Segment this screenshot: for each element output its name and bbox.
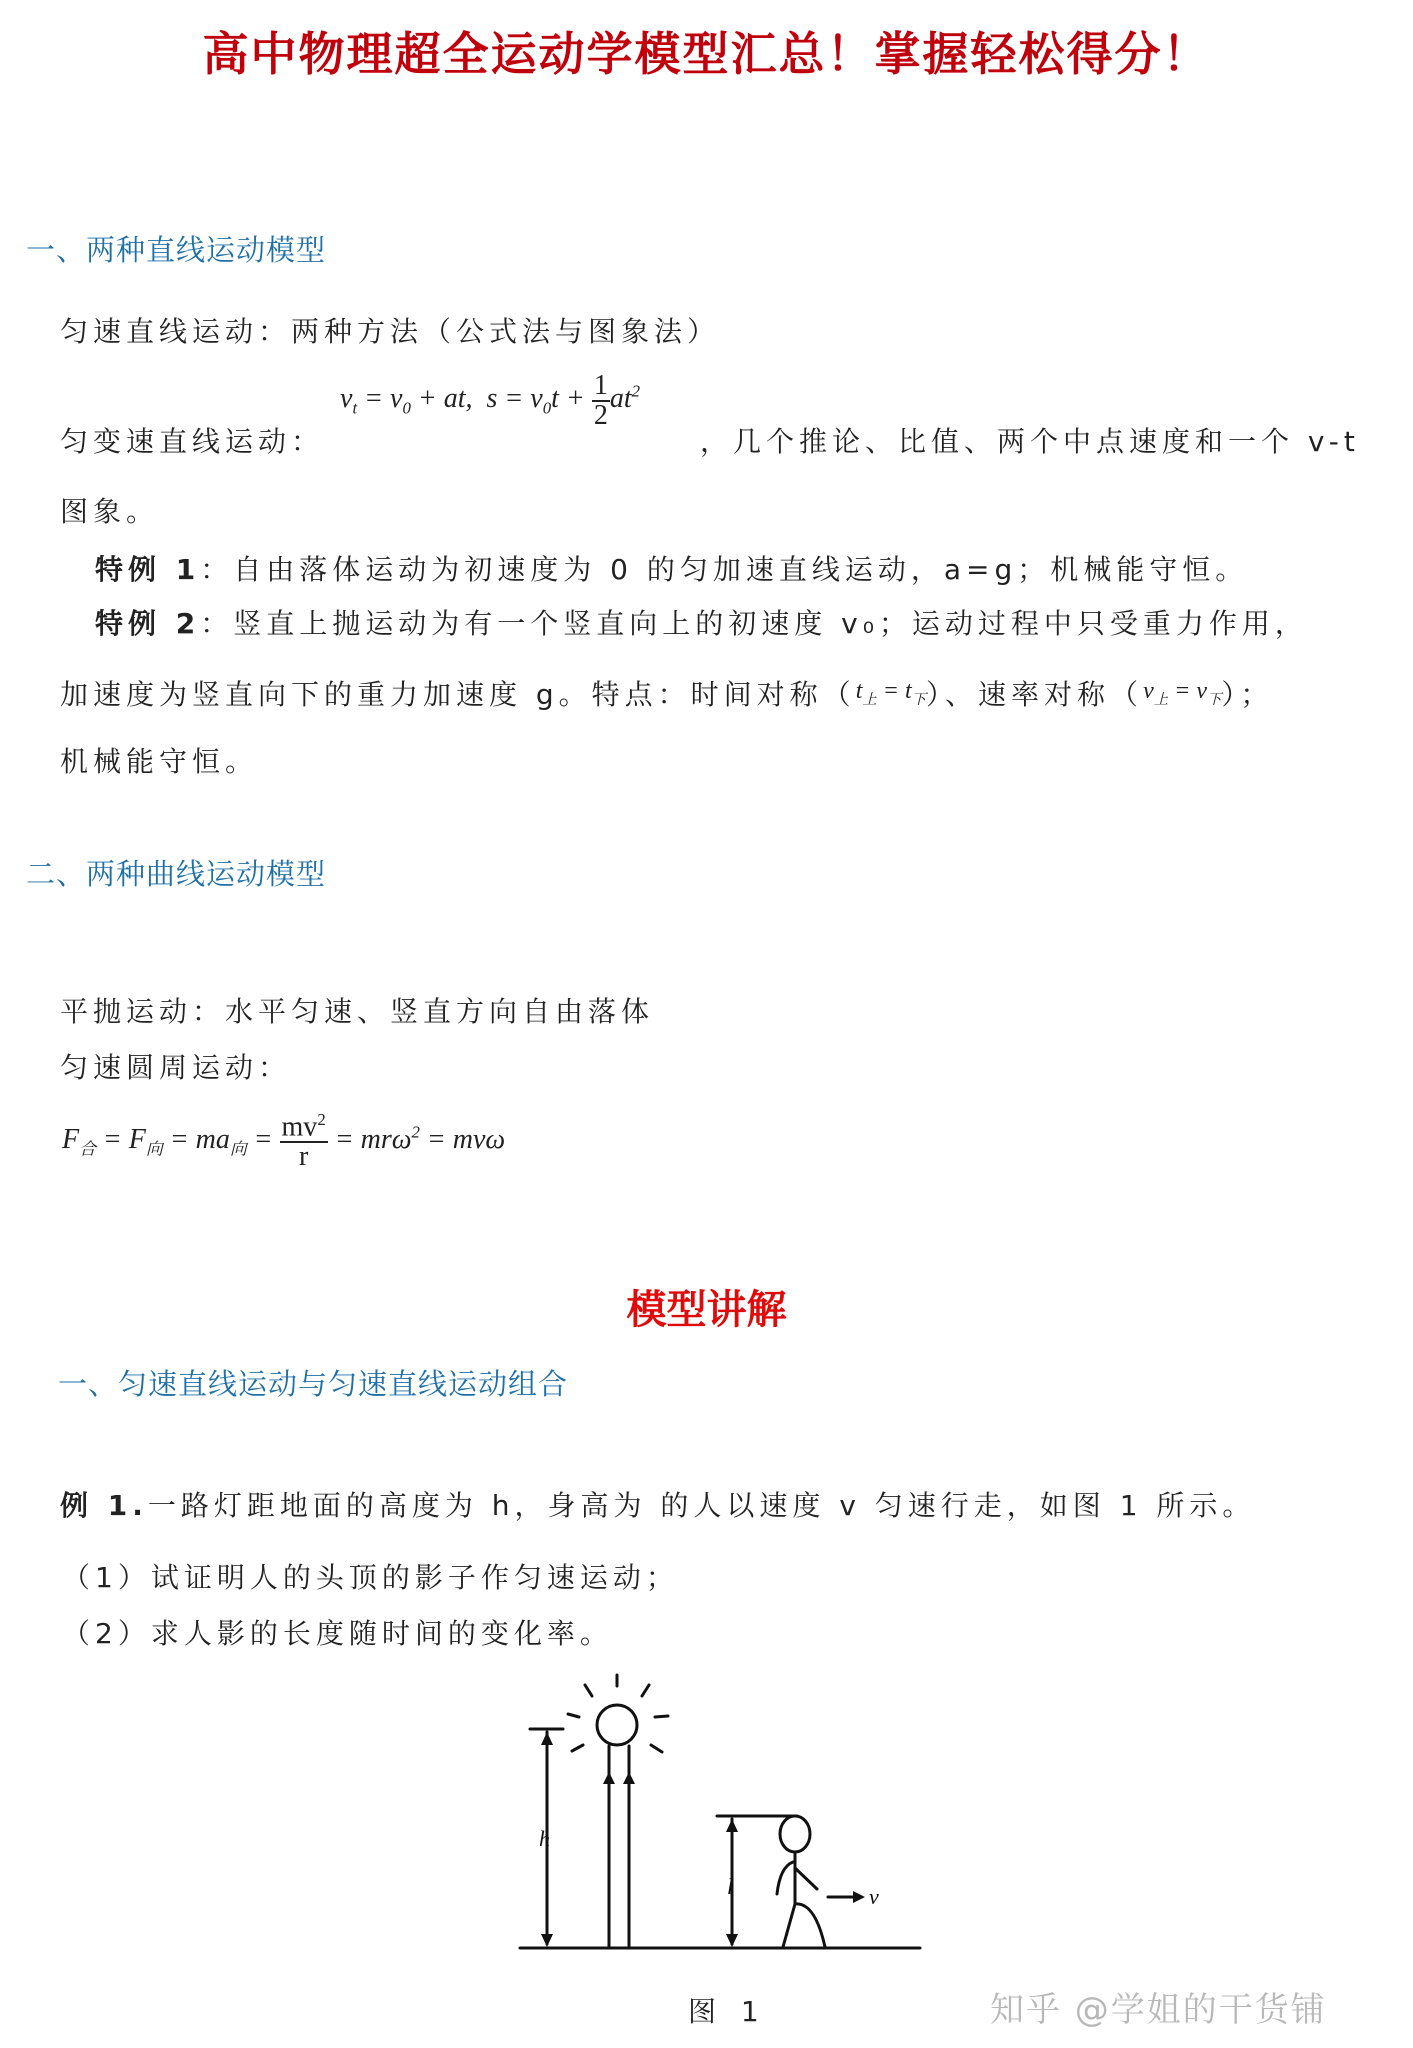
label-h: h <box>539 1826 550 1851</box>
example-1: 例 1.一路灯距地面的高度为 h，身高为 的人以速度 v 匀速行走，如图 1 所… <box>60 1484 1255 1524</box>
question-2: （2）求人影的长度随时间的变化率。 <box>62 1612 613 1652</box>
example-1-text: 一路灯距地面的高度为 h，身高为 的人以速度 v 匀速行走，如图 1 所示。 <box>148 1489 1256 1522</box>
heading-combination: 一、匀速直线运动与匀速直线运动组合 <box>58 1362 568 1403</box>
page-title: 高中物理超全运动学模型汇总！掌握轻松得分！ <box>0 18 1413 84</box>
special-case-2-label: 特例 2 <box>95 607 200 640</box>
heading-curve-models: 二、两种曲线运动模型 <box>26 852 326 893</box>
special-case-2-line2-b: ）、速率对称（ <box>926 678 1143 711</box>
streetlamp-figure: h l v <box>505 1672 935 1962</box>
lamp-icon <box>597 1705 637 1745</box>
variable-linear-tail2: 图象。 <box>60 490 159 530</box>
special-case-2-text: ：竖直上抛运动为有一个竖直向上的初速度 v₀；运动过程中只受重力作用， <box>200 607 1308 640</box>
special-case-1: 特例 1：自由落体运动为初速度为 0 的匀加速直线运动，a=g；机械能守恒。 <box>95 548 1248 588</box>
time-symmetry-formula: t上 = t下 <box>856 678 926 704</box>
label-v: v <box>869 1884 879 1909</box>
label-l: l <box>727 1874 733 1899</box>
special-case-2-line2: 加速度为竖直向下的重力加速度 g。特点：时间对称（t上 = t下）、速率对称（v… <box>60 673 1273 713</box>
section-title: 模型讲解 <box>0 1278 1413 1335</box>
variable-linear-label: 匀变速直线运动： <box>60 420 324 460</box>
example-1-label: 例 1. <box>60 1489 148 1522</box>
circular-formula: F合 = F向 = ma向 = mv2r = mrω2 = mvω <box>62 1112 505 1171</box>
figure-caption: 图 1 <box>688 1990 767 2030</box>
special-case-2-line2-a: 加速度为竖直向下的重力加速度 g。特点：时间对称（ <box>60 678 856 711</box>
question-1: （1）试证明人的头顶的影子作匀速运动； <box>62 1556 679 1596</box>
special-case-2-line3: 机械能守恒。 <box>60 740 258 780</box>
kinematics-formula: vt = v0 + at, s = v0t + 12at2 <box>340 372 640 430</box>
special-case-1-text: ：自由落体运动为初速度为 0 的匀加速直线运动，a=g；机械能守恒。 <box>200 553 1248 586</box>
special-case-2: 特例 2：竖直上抛运动为有一个竖直向上的初速度 v₀；运动过程中只受重力作用， <box>95 602 1308 642</box>
speed-symmetry-formula: v上 = v下 <box>1143 678 1221 704</box>
heading-linear-models: 一、两种直线运动模型 <box>26 228 326 269</box>
variable-linear-tail: ，几个推论、比值、两个中点速度和一个 v-t <box>700 420 1360 460</box>
circular-label: 匀速圆周运动： <box>60 1046 291 1086</box>
zhihu-watermark: 知乎 @学姐的干货铺 <box>990 1982 1327 2031</box>
special-case-2-line2-c: ）； <box>1221 678 1273 711</box>
uniform-linear-text: 匀速直线运动：两种方法（公式法与图象法） <box>60 310 720 350</box>
projectile-text: 平抛运动：水平匀速、竖直方向自由落体 <box>60 990 654 1030</box>
special-case-1-label: 特例 1 <box>95 553 200 586</box>
